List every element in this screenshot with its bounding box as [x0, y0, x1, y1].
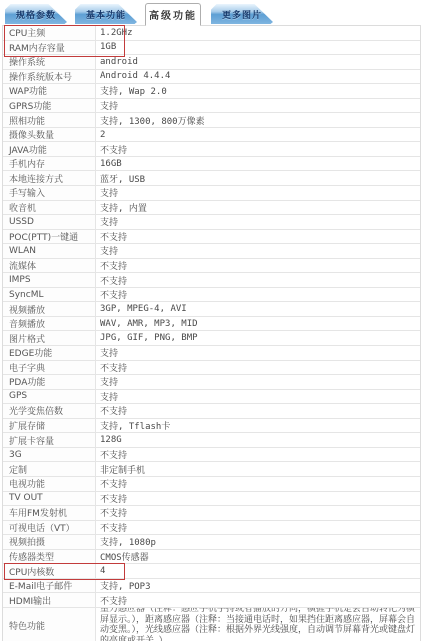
spec-label: WAP功能	[3, 84, 96, 98]
spec-row: CPU主频 1.2GHz	[3, 26, 420, 41]
spec-label: IMPS	[3, 273, 96, 287]
spec-row: 定制 非定制手机	[3, 462, 420, 477]
spec-value: 不支持	[96, 230, 420, 244]
spec-value: 3GP, MPEG-4, AVI	[96, 302, 420, 316]
spec-value: 不支持	[96, 477, 420, 491]
spec-value: 支持, POP3	[96, 579, 420, 593]
spec-label: USSD	[3, 215, 96, 229]
spec-label: PDA功能	[3, 375, 96, 389]
spec-row: HDMI输出 不支持	[3, 593, 420, 608]
spec-value: WAV, AMR, MP3, MID	[96, 317, 420, 331]
spec-row: 音频播放 WAV, AMR, MP3, MID	[3, 317, 420, 332]
spec-label: 3G	[3, 448, 96, 462]
spec-row: 手机内存 16GB	[3, 157, 420, 172]
spec-value: 不支持	[96, 288, 420, 302]
spec-row: 操作系统 android	[3, 55, 420, 70]
spec-row: TV OUT 不支持	[3, 492, 420, 507]
spec-value: 1GB	[96, 41, 420, 55]
spec-label: WLAN	[3, 244, 96, 258]
tab-label: 更多图片	[222, 8, 262, 21]
spec-label: TV OUT	[3, 492, 96, 506]
spec-row: 扩展存储 支持, Tflash卡	[3, 419, 420, 434]
spec-value: 4	[96, 564, 420, 578]
spec-row: 操作系统版本号 Android 4.4.4	[3, 70, 420, 85]
spec-value: 不支持	[96, 404, 420, 418]
spec-label: 电视功能	[3, 477, 96, 491]
spec-label: CPU内核数	[3, 564, 96, 578]
tab-2[interactable]: 基本功能	[75, 4, 137, 24]
spec-value: CMOS传感器	[96, 550, 420, 564]
spec-label: 扩展卡容量	[3, 433, 96, 447]
spec-label: 视频播放	[3, 302, 96, 316]
tab-label: 基本功能	[86, 8, 126, 21]
spec-row: 视频拍摄 支持, 1080p	[3, 535, 420, 550]
spec-row: PDA功能 支持	[3, 375, 420, 390]
phone-spec-page: 规格参数 基本功能 高级功能 更多图片 CPU主频 1.2GHz RAM内存容量…	[0, 0, 424, 641]
spec-value: android	[96, 55, 420, 69]
spec-label: 图片格式	[3, 331, 96, 345]
spec-row: 可视电话（VT） 不支持	[3, 521, 420, 536]
spec-label: JAVA功能	[3, 142, 96, 156]
spec-value: 支持	[96, 375, 420, 389]
tab-label: 高级功能	[149, 7, 197, 22]
spec-label: 光学变焦倍数	[3, 404, 96, 418]
spec-value: 支持, Tflash卡	[96, 419, 420, 433]
spec-row: WAP功能 支持, Wap 2.0	[3, 84, 420, 99]
spec-label: E-Mail电子邮件	[3, 579, 96, 593]
spec-label: 电子字典	[3, 361, 96, 375]
spec-value: 支持, Wap 2.0	[96, 84, 420, 98]
spec-value: 支持	[96, 215, 420, 229]
spec-row: 图片格式 JPG, GIF, PNG, BMP	[3, 331, 420, 346]
spec-value: 16GB	[96, 157, 420, 171]
spec-label: 音频播放	[3, 317, 96, 331]
spec-value: 不支持	[96, 492, 420, 506]
tab-4[interactable]: 更多图片	[211, 4, 273, 24]
spec-value: 支持, 内置	[96, 201, 420, 215]
spec-row: 摄像头数量 2	[3, 128, 420, 143]
spec-value: 支持	[96, 346, 420, 360]
spec-row: POC(PTT)一键通 不支持	[3, 230, 420, 245]
spec-row: USSD 支持	[3, 215, 420, 230]
spec-value: 重力感应器（注释：感应手机手持或者播放的方向，横握手机是会自动转化为横屏显示。）…	[96, 608, 420, 641]
spec-value: 支持	[96, 390, 420, 404]
spec-value: 不支持	[96, 448, 420, 462]
spec-value: 支持, 1300, 800万像素	[96, 113, 420, 127]
spec-label: 视频拍摄	[3, 535, 96, 549]
spec-row: CPU内核数 4	[3, 564, 420, 579]
spec-row: WLAN 支持	[3, 244, 420, 259]
spec-value: 不支持	[96, 259, 420, 273]
spec-label: GPS	[3, 390, 96, 404]
spec-row: 收音机 支持, 内置	[3, 201, 420, 216]
spec-value: 蓝牙, USB	[96, 171, 420, 185]
spec-row: GPRS功能 支持	[3, 99, 420, 114]
spec-value: 非定制手机	[96, 462, 420, 476]
spec-label: 手写输入	[3, 186, 96, 200]
spec-value: 支持	[96, 99, 420, 113]
spec-value: 支持, 1080p	[96, 535, 420, 549]
spec-value: JPG, GIF, PNG, BMP	[96, 331, 420, 345]
tab-3[interactable]: 高级功能	[145, 3, 201, 26]
spec-row: GPS 支持	[3, 390, 420, 405]
spec-row: 手写输入 支持	[3, 186, 420, 201]
spec-label: GPRS功能	[3, 99, 96, 113]
spec-row: SyncML 不支持	[3, 288, 420, 303]
spec-value: 不支持	[96, 506, 420, 520]
spec-row: 光学变焦倍数 不支持	[3, 404, 420, 419]
spec-label: SyncML	[3, 288, 96, 302]
spec-label: 操作系统	[3, 55, 96, 69]
spec-row: 照相功能 支持, 1300, 800万像素	[3, 113, 420, 128]
spec-label: RAM内存容量	[3, 41, 96, 55]
spec-label: 特色功能	[3, 608, 96, 641]
spec-value: 不支持	[96, 521, 420, 535]
spec-value: 128G	[96, 433, 420, 447]
spec-row: E-Mail电子邮件 支持, POP3	[3, 579, 420, 594]
tab-label: 规格参数	[16, 8, 56, 21]
spec-row: 本地连接方式 蓝牙, USB	[3, 171, 420, 186]
spec-row: JAVA功能 不支持	[3, 142, 420, 157]
spec-row: RAM内存容量 1GB	[3, 41, 420, 56]
spec-value: 不支持	[96, 142, 420, 156]
spec-row: 视频播放 3GP, MPEG-4, AVI	[3, 302, 420, 317]
spec-label: 传感器类型	[3, 550, 96, 564]
spec-value: 支持	[96, 186, 420, 200]
spec-value: 支持	[96, 244, 420, 258]
spec-label: 定制	[3, 462, 96, 476]
spec-value: 不支持	[96, 593, 420, 607]
spec-label: 本地连接方式	[3, 171, 96, 185]
spec-row: 传感器类型 CMOS传感器	[3, 550, 420, 565]
spec-row: 电子字典 不支持	[3, 361, 420, 376]
spec-label: EDGE功能	[3, 346, 96, 360]
spec-label: 扩展存储	[3, 419, 96, 433]
spec-row: 特色功能 重力感应器（注释：感应手机手持或者播放的方向，横握手机是会自动转化为横…	[3, 608, 420, 641]
spec-label: 车用FM发射机	[3, 506, 96, 520]
spec-row: EDGE功能 支持	[3, 346, 420, 361]
spec-row: 电视功能 不支持	[3, 477, 420, 492]
spec-value: 1.2GHz	[96, 26, 420, 40]
spec-label: 摄像头数量	[3, 128, 96, 142]
spec-value: Android 4.4.4	[96, 70, 420, 84]
spec-value: 不支持	[96, 361, 420, 375]
spec-label: 操作系统版本号	[3, 70, 96, 84]
spec-label: 可视电话（VT）	[3, 521, 96, 535]
spec-label: CPU主频	[3, 26, 96, 40]
spec-value: 不支持	[96, 273, 420, 287]
spec-label: 流媒体	[3, 259, 96, 273]
spec-label: POC(PTT)一键通	[3, 230, 96, 244]
tab-1[interactable]: 规格参数	[5, 4, 67, 24]
advanced-features-table: CPU主频 1.2GHz RAM内存容量 1GB 操作系统 android 操作…	[2, 25, 421, 641]
spec-row: 3G 不支持	[3, 448, 420, 463]
spec-row: 流媒体 不支持	[3, 259, 420, 274]
spec-row: 车用FM发射机 不支持	[3, 506, 420, 521]
spec-label: 收音机	[3, 201, 96, 215]
spec-label: HDMI输出	[3, 593, 96, 607]
spec-value: 2	[96, 128, 420, 142]
spec-row: 扩展卡容量 128G	[3, 433, 420, 448]
spec-label: 照相功能	[3, 113, 96, 127]
spec-row: IMPS 不支持	[3, 273, 420, 288]
spec-label: 手机内存	[3, 157, 96, 171]
tab-bar: 规格参数 基本功能 高级功能 更多图片	[0, 0, 424, 25]
